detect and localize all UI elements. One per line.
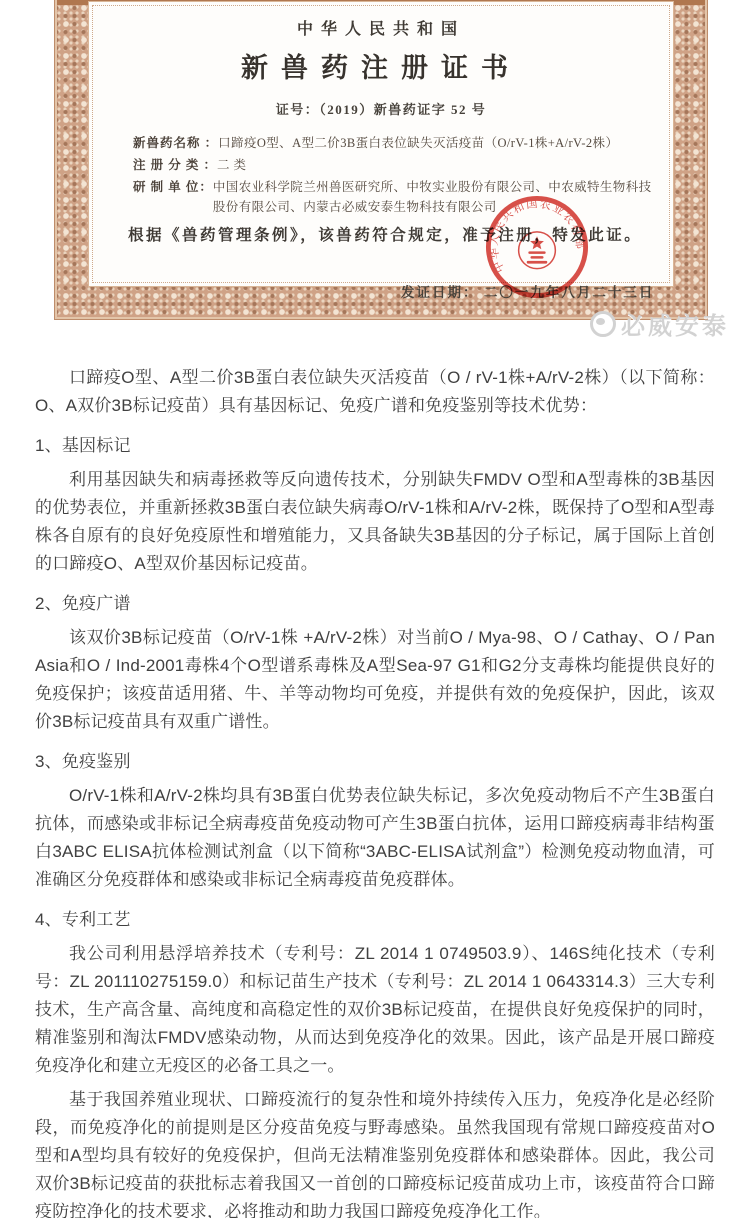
ministry-seal-icon: 中华人民共和国农业农村部: [483, 193, 591, 301]
national-emblem-icon: [519, 232, 556, 269]
cert-field-value: 中国农业科学院兰州兽医研究所、中牧实业股份有限公司、中农威特生物科技股份有限公司…: [213, 177, 659, 217]
section-3-heading: 3、免疫鉴别: [35, 748, 715, 776]
section-3-body: O/rV-1株和A/rV-2株均具有3B蛋白优势表位缺失标记，多次免疫动物后不产…: [35, 782, 715, 894]
cert-field-value: 二 类: [217, 155, 659, 175]
watermark-text: 必威安泰: [621, 306, 729, 341]
section-1-heading: 1、基因标记: [35, 432, 715, 460]
watermark-logo-icon: [590, 311, 616, 337]
section-4-body: 我公司利用悬浮培养技术（专利号：ZL 2014 1 0749503.9）、146…: [35, 940, 715, 1080]
certificate-border: 中华人民共和国 新兽药注册证书 证号：（2019）新兽药证字 52 号 新兽药名…: [54, 0, 708, 320]
section-2-heading: 2、免疫广谱: [35, 590, 715, 618]
cert-field-label: 注 册 分 类 ：: [133, 155, 217, 175]
section-4-heading: 4、专利工艺: [35, 906, 715, 934]
intro-paragraph: 口蹄疫O型、A型二价3B蛋白表位缺失灭活疫苗（O / rV-1株+A/rV-2株…: [35, 364, 715, 420]
cert-field-name: 新兽药名称 ： 口蹄疫O型、A型二价3B蛋白表位缺失灭活疫苗（O/rV-1株+A…: [133, 133, 659, 153]
certificate-photo: 中华人民共和国 新兽药注册证书 证号：（2019）新兽药证字 52 号 新兽药名…: [0, 0, 750, 350]
article: 口蹄疫O型、A型二价3B蛋白表位缺失灭活疫苗（O / rV-1株+A/rV-2株…: [0, 350, 750, 1218]
section-1-body: 利用基因缺失和病毒拯救等反向遗传技术，分别缺失FMDV O型和A型毒株的3B基因…: [35, 466, 715, 578]
watermark: 必威安泰: [590, 306, 729, 341]
cert-field-label: 研 制 单 位：: [133, 177, 213, 217]
cert-title: 新兽药注册证书: [89, 46, 673, 85]
section-2-body: 该双价3B标记疫苗（O/rV-1株 +A/rV-2株）对当前O / Mya-98…: [35, 624, 715, 736]
cert-country-title: 中华人民共和国: [89, 16, 673, 39]
cert-field-category: 注 册 分 类 ： 二 类: [133, 155, 659, 175]
cert-field-value: 口蹄疫O型、A型二价3B蛋白表位缺失灭活疫苗（O/rV-1株+A/rV-2株）: [218, 133, 659, 153]
cert-field-label: 新兽药名称 ：: [133, 133, 218, 153]
cert-number: 证号：（2019）新兽药证字 52 号: [89, 99, 673, 118]
closing-paragraph: 基于我国养殖业现状、口蹄疫流行的复杂性和境外持续传入压力，免疫净化是必经阶段，而…: [35, 1086, 715, 1218]
